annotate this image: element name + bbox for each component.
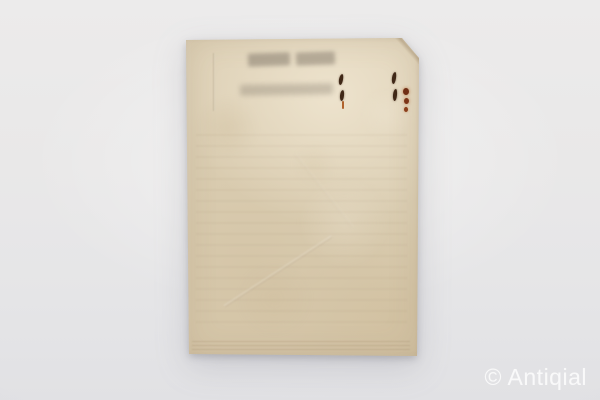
rust-stain-spot xyxy=(403,88,409,95)
copyright-watermark: © Antiqial xyxy=(484,364,587,391)
showthrough-stamp-line-2 xyxy=(240,83,333,96)
product-photo-canvas: © Antiqial xyxy=(0,0,600,400)
rust-stain-spot xyxy=(404,98,409,104)
antique-document-paper-back xyxy=(186,38,419,356)
document-shadow-wrap xyxy=(186,38,419,356)
bottom-edge-lines xyxy=(192,341,410,351)
rust-streak xyxy=(342,101,344,109)
showthrough-stamp-word-1 xyxy=(248,52,290,66)
folded-corner-shading xyxy=(391,38,419,64)
rust-stain-spot xyxy=(404,107,408,112)
showthrough-stamp-word-2 xyxy=(296,51,335,65)
vertical-crease xyxy=(213,53,215,111)
